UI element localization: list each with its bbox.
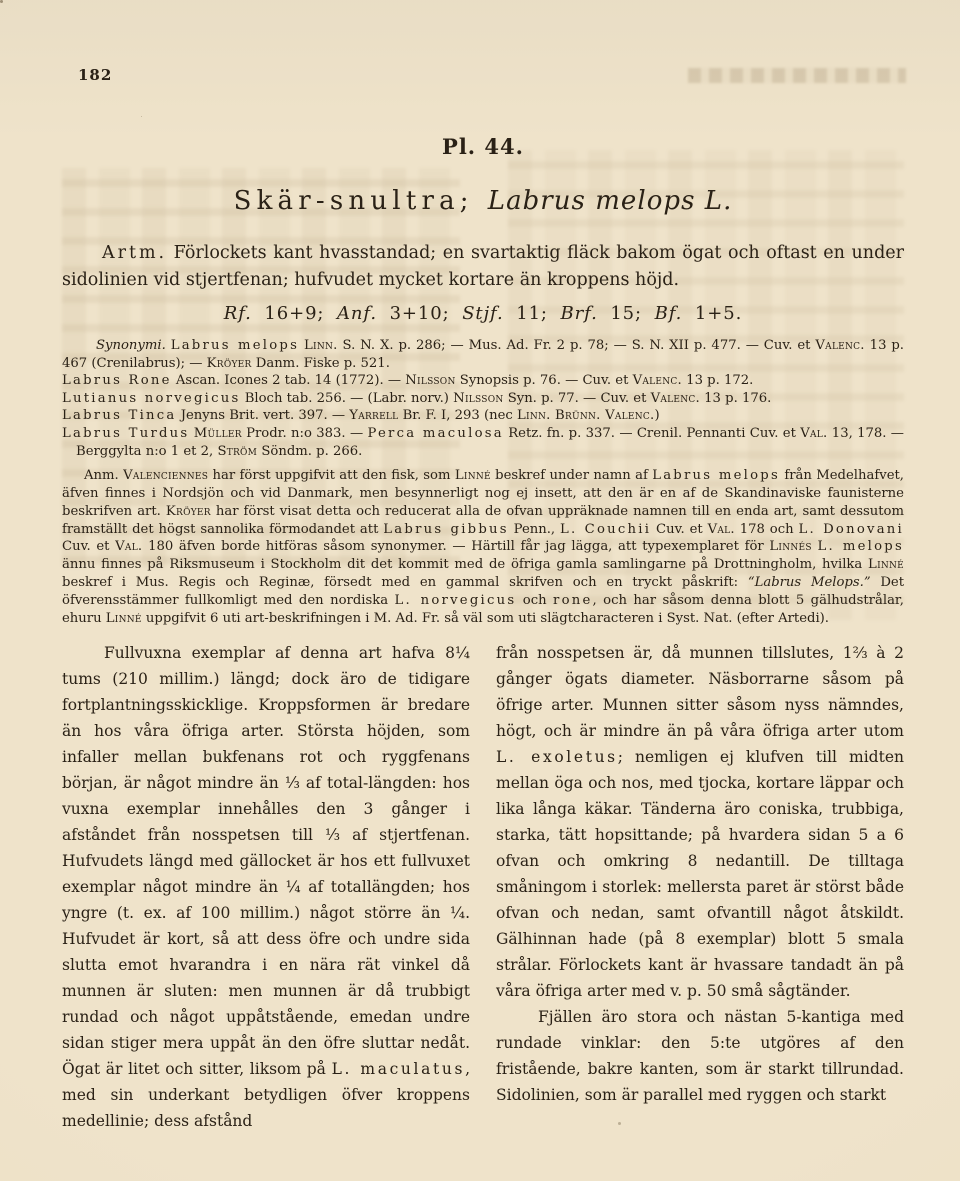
- remark-paragraph: Anm. Valenciennes har först uppgifvit at…: [62, 467, 904, 627]
- page-content: Pl. 44. Skär-snultra;Labrus melops L. Ar…: [0, 0, 960, 1134]
- species-title: Skär-snultra;Labrus melops L.: [62, 186, 904, 216]
- body-paragraph: från nosspetsen är, då munnen tillslutes…: [496, 640, 904, 1004]
- book-page-scan: 182 Pl. 44. Skär-snultra;Labrus melops L…: [0, 0, 960, 1181]
- synonymy-section: Synonymi. Labrus melops Linn. S. N. X. p…: [62, 337, 904, 460]
- species-latin-name: Labrus melops L.: [488, 186, 733, 216]
- plate-caption: Pl. 44.: [62, 134, 904, 159]
- fin-ray-formula: Rf. 16+9; Anf. 3+10; Stjf. 11; Brf. 15; …: [62, 303, 904, 324]
- synonymy-entry: Labrus Tinca Jenyns Brit. vert. 397. — Y…: [62, 407, 904, 425]
- right-column: från nosspetsen är, då munnen tillslutes…: [496, 640, 904, 1134]
- left-column: Fullvuxna exemplar af denna art hafva 8¼…: [62, 640, 470, 1134]
- body-text-columns: Fullvuxna exemplar af denna art hafva 8¼…: [62, 640, 904, 1134]
- diagnosis-paragraph: Artm. Förlockets kant hvasstandad; en sv…: [62, 240, 904, 294]
- synonymy-entry: Synonymi. Labrus melops Linn. S. N. X. p…: [62, 337, 904, 372]
- species-common-name: Skär-snultra;: [234, 186, 474, 216]
- body-paragraph: Fjällen äro stora och nästan 5-kantiga m…: [496, 1004, 904, 1108]
- synonymy-entry: Labrus Turdus Müller Prodr. n:o 383. — P…: [62, 425, 904, 460]
- synonymy-entry: Labrus Rone Ascan. Icones 2 tab. 14 (177…: [62, 372, 904, 390]
- synonymy-entry: Lutianus norvegicus Bloch tab. 256. — (L…: [62, 390, 904, 408]
- body-paragraph: Fullvuxna exemplar af denna art hafva 8¼…: [62, 640, 470, 1134]
